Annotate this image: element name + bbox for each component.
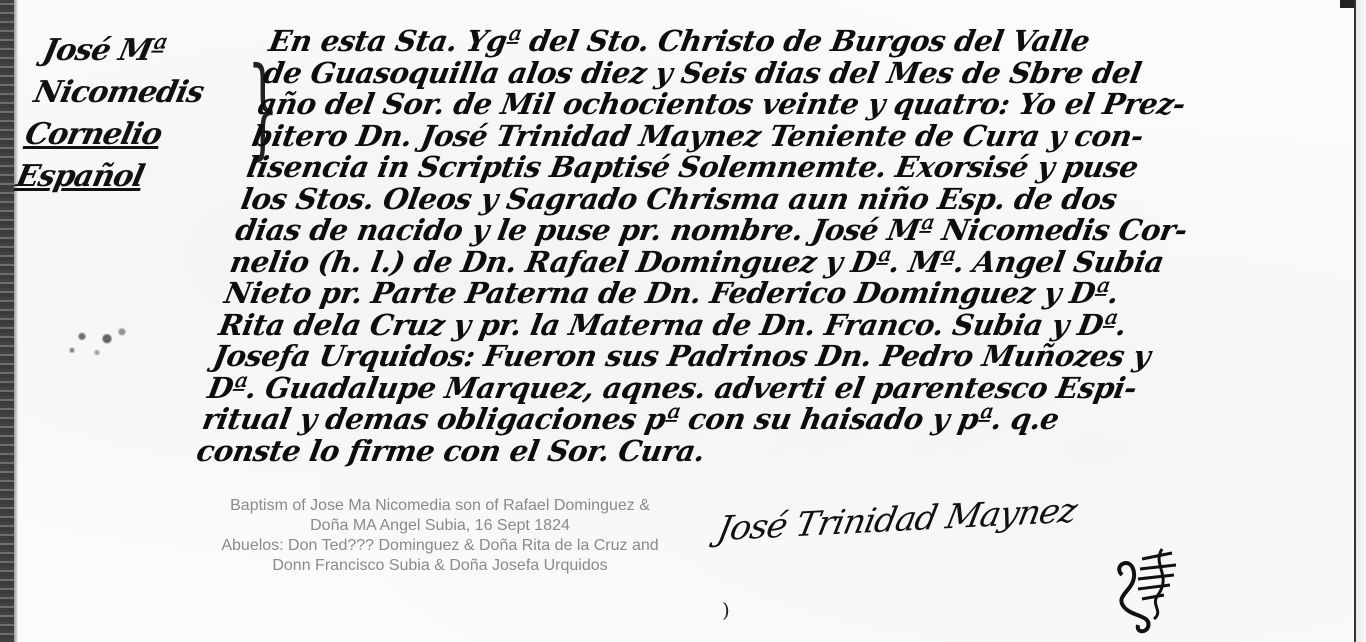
scanned-manuscript-page: José Mª Nicomedis Cornelio Español } En … xyxy=(0,0,1366,642)
caption-line: Abuelos: Don Ted??? Dominguez & Doña Rit… xyxy=(175,536,705,556)
manuscript-line: de Guasoquilla alos diez y Seis dias del… xyxy=(261,58,1327,90)
priest-signature: José Trinidad Maynez xyxy=(714,491,1080,549)
manuscript-line: año del Sor. de Mil ochocientos veinte y… xyxy=(255,89,1321,121)
manuscript-line: En esta Sta. Ygª del Sto. Christo de Bur… xyxy=(266,26,1332,58)
manuscript-line: Dª. Guadalupe Marquez, aqnes. adverti el… xyxy=(205,373,1271,405)
manuscript-line: conste lo firme con el Sor. Cura. xyxy=(194,436,1260,468)
margin-name-note: José Mª Nicomedis Cornelio Español xyxy=(12,30,258,198)
next-page-edge xyxy=(1356,0,1366,642)
rubric-flourish-icon xyxy=(1102,545,1190,635)
manuscript-line: Rita dela Cruz y pr. la Materna de Dn. F… xyxy=(216,310,1282,342)
margin-line: Nicomedis xyxy=(30,72,249,114)
caption-line: Baptism of Jose Ma Nicomedia son of Rafa… xyxy=(175,496,705,516)
record-body-text: En esta Sta. Ygª del Sto. Christo de Bur… xyxy=(194,26,1332,467)
manuscript-line: ritual y demas obligaciones pª con su ha… xyxy=(200,404,1266,436)
margin-line: José Mª xyxy=(39,30,258,72)
manuscript-line: Josefa Urquidos: Fueron sus Padrinos Dn.… xyxy=(211,341,1277,373)
caption-line: Doña MA Angel Subia, 16 Sept 1824 xyxy=(175,516,705,536)
manuscript-line: Nieto pr. Parte Paterna de Dn. Federico … xyxy=(222,278,1288,310)
ink-smudge xyxy=(52,318,152,364)
transcription-caption: Baptism of Jose Ma Nicomedia son of Rafa… xyxy=(175,496,705,576)
ink-mark: ) xyxy=(722,598,730,622)
margin-line: Cornelio xyxy=(21,114,240,156)
manuscript-line: los Stos. Oleos y Sagrado Chrisma aun ni… xyxy=(239,184,1305,216)
book-binding-edge xyxy=(0,0,14,642)
manuscript-line: bitero Dn. José Trinidad Maynez Teniente… xyxy=(250,121,1316,153)
caption-line: Donn Francisco Subia & Doña Josefa Urqui… xyxy=(175,556,705,576)
binding-shadow xyxy=(14,0,18,642)
manuscript-line: nelio (h. l.) de Dn. Rafael Dominguez y … xyxy=(228,247,1294,279)
manuscript-line: dias de nacido y le puse pr. nombre. Jos… xyxy=(233,215,1299,247)
manuscript-line: lisencia in Scriptis Baptisé Solemnemte.… xyxy=(244,152,1310,184)
margin-line: Español xyxy=(12,156,231,198)
